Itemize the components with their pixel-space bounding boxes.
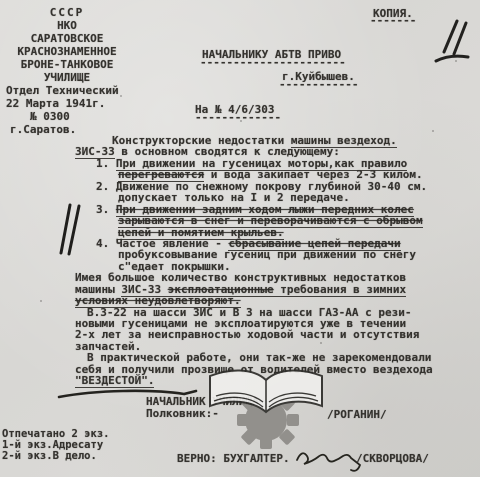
noise-speck bbox=[240, 120, 242, 122]
text-segment: 1. bbox=[96, 157, 116, 170]
addressee-city-underline: ------------ bbox=[279, 82, 358, 88]
letterhead-line: № 0300 bbox=[2, 110, 132, 123]
noise-speck bbox=[432, 130, 434, 132]
letterhead-line: СССР bbox=[2, 6, 132, 19]
text-segment: 3. bbox=[96, 203, 116, 216]
noise-speck bbox=[455, 60, 457, 62]
open-book-gear-watermark-icon bbox=[202, 364, 334, 448]
reference-underline: ------------- bbox=[195, 115, 281, 121]
body-text: Конструкторские недостатки машины вездех… bbox=[75, 135, 477, 387]
letterhead-line: Отдел Технический bbox=[2, 84, 132, 97]
noise-speck bbox=[40, 300, 42, 302]
body-line: Имея большое количество конструктивных н… bbox=[75, 272, 477, 283]
copies-note-line: 2-й экз.В дело. bbox=[2, 451, 109, 462]
verification-label: ВЕРНО: БУХГАЛТЕР. bbox=[177, 452, 290, 465]
handwritten-page-number-icon bbox=[430, 16, 476, 66]
handwritten-margin-mark-icon bbox=[54, 203, 88, 257]
copies-note-line: 1-й экз.Адресату bbox=[2, 440, 109, 451]
letterhead: СССРНКОСАРАТОВСКОЕКРАСНОЗНАМЕННОЕБРОНЕ-Т… bbox=[2, 6, 132, 136]
noise-speck bbox=[120, 95, 122, 97]
letterhead-line: КРАСНОЗНАМЕННОЕ bbox=[2, 45, 132, 58]
letterhead-line: САРАТОВСКОЕ bbox=[2, 32, 132, 45]
signer-name: /РОГАНИН/ bbox=[327, 408, 387, 421]
letterhead-line: 22 Марта 1941г. bbox=[2, 97, 132, 110]
document-page: СССРНКОСАРАТОВСКОЕКРАСНОЗНАМЕННОЕБРОНЕ-Т… bbox=[0, 0, 480, 477]
letterhead-line: НКО bbox=[2, 19, 132, 32]
body-line: зарываются в снег и переворачиваются с о… bbox=[75, 215, 477, 226]
letterhead-line: БРОНЕ-ТАНКОВОЕ bbox=[2, 58, 132, 71]
noise-speck bbox=[320, 342, 322, 344]
copy-stamp-underline: ------- bbox=[370, 18, 416, 24]
letterhead-line: УЧИЛИЩЕ bbox=[2, 71, 132, 84]
text-segment: требования в зимних bbox=[274, 283, 406, 297]
body-line: допускает только на I и 2 передаче. bbox=[75, 192, 477, 203]
copies-note: Отпечатано 2 экз.1-й экз.Адресату2-й экз… bbox=[2, 429, 109, 461]
addressee-underline: ---------------------- bbox=[200, 60, 346, 66]
verification-name: /СКВОРЦОВА/ bbox=[356, 452, 429, 465]
